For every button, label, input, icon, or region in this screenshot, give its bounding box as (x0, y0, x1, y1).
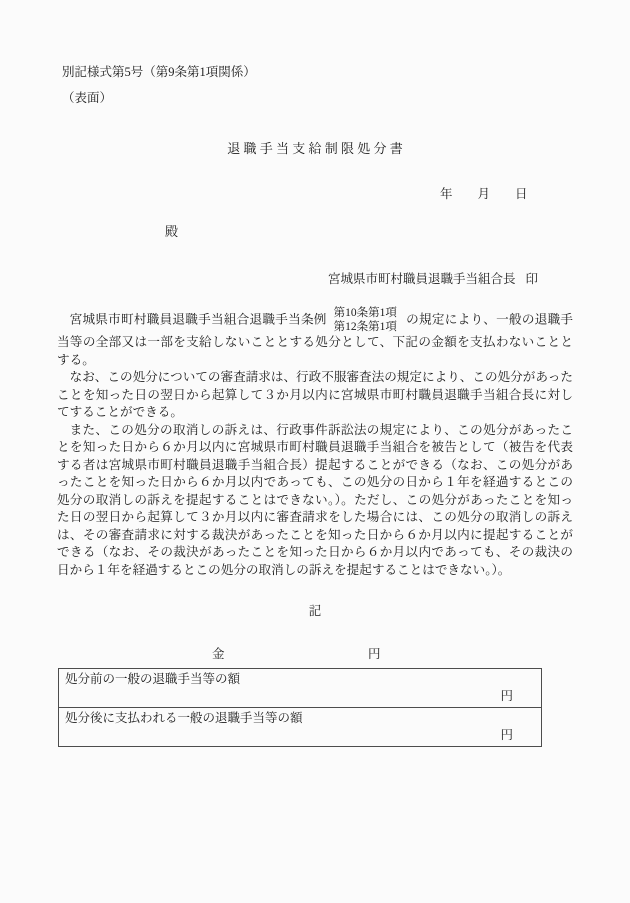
date-line: 年 月 日 (440, 184, 528, 202)
cited-provisions-stack: 第10条第1項第12条第1項 (334, 307, 397, 334)
document-title: 退 職 手 当 支 給 制 限 処 分 書 (0, 138, 630, 157)
row-label: 処分後に支払われる一般の退職手当等の額 (59, 708, 541, 727)
seal-mark: 印 (526, 272, 539, 286)
amount-prefix-kin: 金 (212, 644, 225, 662)
amount-line: 金 円 (0, 644, 630, 662)
form-number: 別記様式第5号（第9条第1項関係） (62, 62, 256, 80)
row-amount-unit: 円 (59, 727, 541, 746)
body-paragraph-lawsuit: また、この処分の取消しの訴えは、行政事件訴訟法の規定により、この処分があったこと… (57, 422, 573, 580)
body-paragraph-disposition: 宮城県市町村職員退職手当組合退職手当条例第10条第1項第12条第1項の規定により… (57, 307, 573, 369)
p1-prefix: 宮城県市町村職員退職手当組合退職手当条例 (70, 312, 327, 326)
row-label: 処分前の一般の退職手当等の額 (59, 669, 541, 688)
clause-article-10: 第10条第1項 (334, 307, 397, 321)
record-heading: 記 (0, 601, 630, 619)
body-paragraph-review-request: なお、この処分についての審査請求は、行政不服審査法の規定により、この処分があった… (57, 369, 573, 422)
side-label: （表面） (62, 88, 112, 106)
disposition-form-page: 別記様式第5号（第9条第1項関係） （表面） 退 職 手 当 支 給 制 限 処… (0, 0, 630, 903)
body-text: 宮城県市町村職員退職手当組合退職手当条例第10条第1項第12条第1項の規定により… (57, 307, 573, 579)
table-row-after-disposition: 処分後に支払われる一般の退職手当等の額 円 (59, 708, 541, 746)
table-row-before-disposition: 処分前の一般の退職手当等の額 円 (59, 669, 541, 708)
issuer-line: 宮城県市町村職員退職手当組合長印 (328, 269, 538, 287)
issuer-title: 宮城県市町村職員退職手当組合長 (328, 272, 516, 286)
amount-unit-yen: 円 (368, 644, 381, 662)
clause-article-12: 第12条第1項 (334, 321, 397, 335)
addressee-honorific: 殿 (165, 221, 178, 240)
amount-table: 処分前の一般の退職手当等の額 円 処分後に支払われる一般の退職手当等の額 円 (58, 668, 542, 747)
row-amount-unit: 円 (59, 688, 541, 707)
